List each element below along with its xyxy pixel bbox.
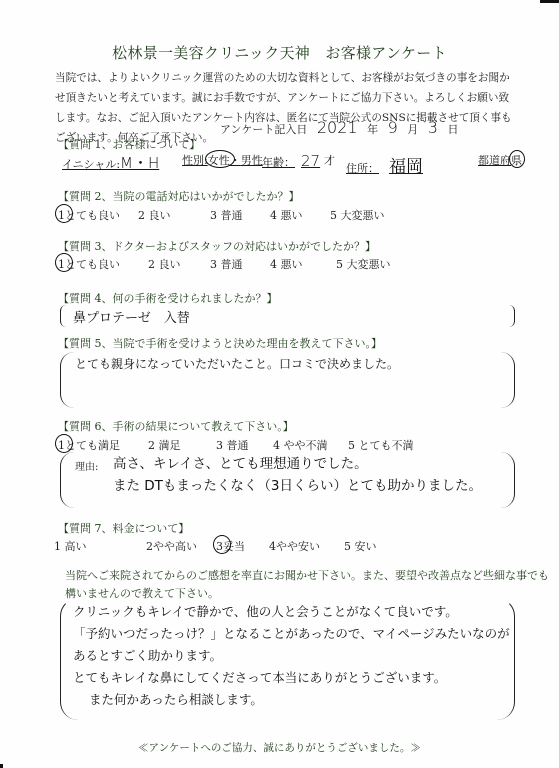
q6-option-1-selected: 1とても満足: [58, 437, 120, 453]
date-label: アンケート記入日: [220, 123, 307, 136]
footer-thanks: ≪アンケートへのご協力、誠にありがとうございました。≫: [0, 740, 559, 755]
gender-label: 性別:: [182, 154, 208, 167]
q6-option-5: 5 とても不満: [348, 437, 414, 453]
q6-option-2: 2 満足: [148, 437, 181, 453]
initials-value: M・H: [120, 154, 159, 172]
q2-heading: 【質問 2、当院の電話対応はいかがでしたか？】: [58, 188, 300, 204]
q4-answer-box: 鼻プロテーゼ 入替: [60, 305, 515, 327]
q3-option-2: 2 良い: [148, 256, 181, 272]
q7-option-1: 1 高い: [54, 538, 87, 554]
q5-answer: とても親身になっていただいたこと。口コミで決めました。: [75, 355, 399, 372]
scan-edge-mark: [540, 0, 559, 3]
q2-options: 1とても良い 2 良い 3 普通 4 悪い 5 大変悪い: [58, 207, 498, 223]
comments-prompt-line: 当院へご来院されてからのご感想を率直にお聞かせ下さい。また、要望や改善点など些細…: [65, 567, 549, 585]
q3-heading: 【質問 3、ドクターおよびスタッフの対応はいかがでしたか？】: [58, 238, 376, 254]
date-month: 9: [388, 118, 398, 137]
date-year: 2021: [317, 118, 358, 137]
comment-line: また何かあったら相談します。: [73, 689, 510, 711]
q1-heading: 【質問 1、お客様について】: [58, 136, 200, 152]
q3-option-1-selected: 1とても良い: [58, 256, 120, 272]
q3-option-4: 4 悪い: [270, 256, 303, 272]
comment-line: 「予約いつだったっけ？」となることがあったので、マイページみたいなのが: [73, 623, 510, 645]
comment-line: とてもキレイな鼻にしてくださって本当にありがとうございます。: [73, 667, 510, 689]
q3-option-5: 5 大変悪い: [336, 256, 391, 272]
age-value: 27: [295, 152, 326, 170]
date-day-unit: 日: [447, 123, 458, 136]
q4-answer: 鼻プロテーゼ 入替: [73, 307, 190, 326]
prefecture-suffix-selected: 県: [511, 152, 522, 168]
comments-text: クリニックもキレイで静かで、他の人と会うことがなくて良いです。 「予約いつだった…: [73, 601, 510, 711]
prefecture-suffix: 都道府県: [478, 152, 522, 168]
q2-option-2: 2 良い: [138, 207, 171, 223]
comment-line: あるとすごく助かります。: [73, 645, 510, 667]
q5-heading: 【質問 5、当院で手術を受けようと決めた理由を教えて下さい。】: [58, 335, 382, 351]
comment-line: クリニックもキレイで静かで、他の人と会うことがなくて良いです。: [73, 601, 510, 623]
q7-heading: 【質問 7、料金について】: [58, 520, 189, 536]
q3-options: 1とても良い 2 良い 3 普通 4 悪い 5 大変悪い: [58, 256, 498, 272]
q7-option-2: 2やや高い: [146, 538, 197, 554]
comments-box: クリニックもキレイで静かで、他の人と会うことがなくて良いです。 「予約いつだった…: [60, 598, 515, 720]
scan-edge-mark: [0, 764, 3, 768]
q4-heading: 【質問 4、何の手術を受けられましたか？】: [58, 290, 278, 306]
address-label: 住所：: [346, 162, 379, 175]
q6-reason-line: 高さ、キレイさ、とても理想通りでした。: [113, 453, 482, 475]
q7-options: 1 高い 2やや高い 3妥当 4やや安い 5 安い: [54, 538, 494, 554]
q6-reason-label: 理由:: [75, 458, 98, 473]
q2-option-4: 4 悪い: [270, 207, 303, 223]
date-day: 3: [428, 118, 438, 137]
q2-option-3: 3 普通: [210, 207, 243, 223]
q6-heading: 【質問 6、手術の結果について教えて下さい。】: [58, 418, 294, 434]
address-field: 住所：福岡: [346, 152, 463, 177]
gender-field: 性別:女性・男性: [182, 152, 263, 168]
age-unit: 才: [324, 152, 335, 168]
q5-answer-box: とても親身になっていただいたこと。口コミで決めました。: [60, 352, 515, 408]
initials-label: イニシャル:: [62, 158, 120, 171]
q6-options: 1とても満足 2 満足 3 普通 4 やや不満 5 とても不満: [58, 437, 498, 453]
q7-option-3-selected: 3妥当: [216, 538, 245, 554]
prefecture-suffix-text: 都道府: [478, 154, 511, 167]
gender-option-female-selected: 女性: [208, 152, 230, 168]
q7-option-5: 5 安い: [344, 538, 377, 554]
q6-reason: 高さ、キレイさ、とても理想通りでした。 また DTもまったくなく（3日くらい）と…: [113, 453, 482, 497]
q6-reason-line: また DTもまったくなく（3日くらい）とても助かりました。: [113, 475, 482, 497]
initials-field: イニシャル:M・H: [62, 152, 159, 173]
age-label: 年齢：: [262, 156, 295, 169]
survey-date: アンケート記入日 2021 年 9 月 3 日: [220, 118, 458, 137]
survey-title: 松林景一美容クリニック天神 お客様アンケート: [0, 42, 559, 63]
gender-option-male: 男性: [241, 154, 263, 167]
q2-option-5: 5 大変悪い: [330, 207, 385, 223]
q1-customer-info: イニシャル:M・H 性別:女性・男性 年齢：27 才 住所：福岡 都道府県: [62, 152, 542, 172]
date-year-unit: 年: [367, 123, 378, 136]
q3-option-3: 3 普通: [210, 256, 243, 272]
q6-reason-box: 理由: 高さ、キレイさ、とても理想通りでした。 また DTもまったくなく（3日く…: [60, 452, 515, 508]
q2-option-1-selected: 1とても良い: [58, 207, 120, 223]
age-field: 年齢：27: [262, 152, 326, 170]
q6-option-4: 4 やや不満: [273, 437, 328, 453]
date-month-unit: 月: [407, 123, 418, 136]
q6-option-3: 3 普通: [216, 437, 249, 453]
q7-option-4: 4やや安い: [269, 538, 320, 554]
address-value: 福岡: [379, 157, 463, 177]
